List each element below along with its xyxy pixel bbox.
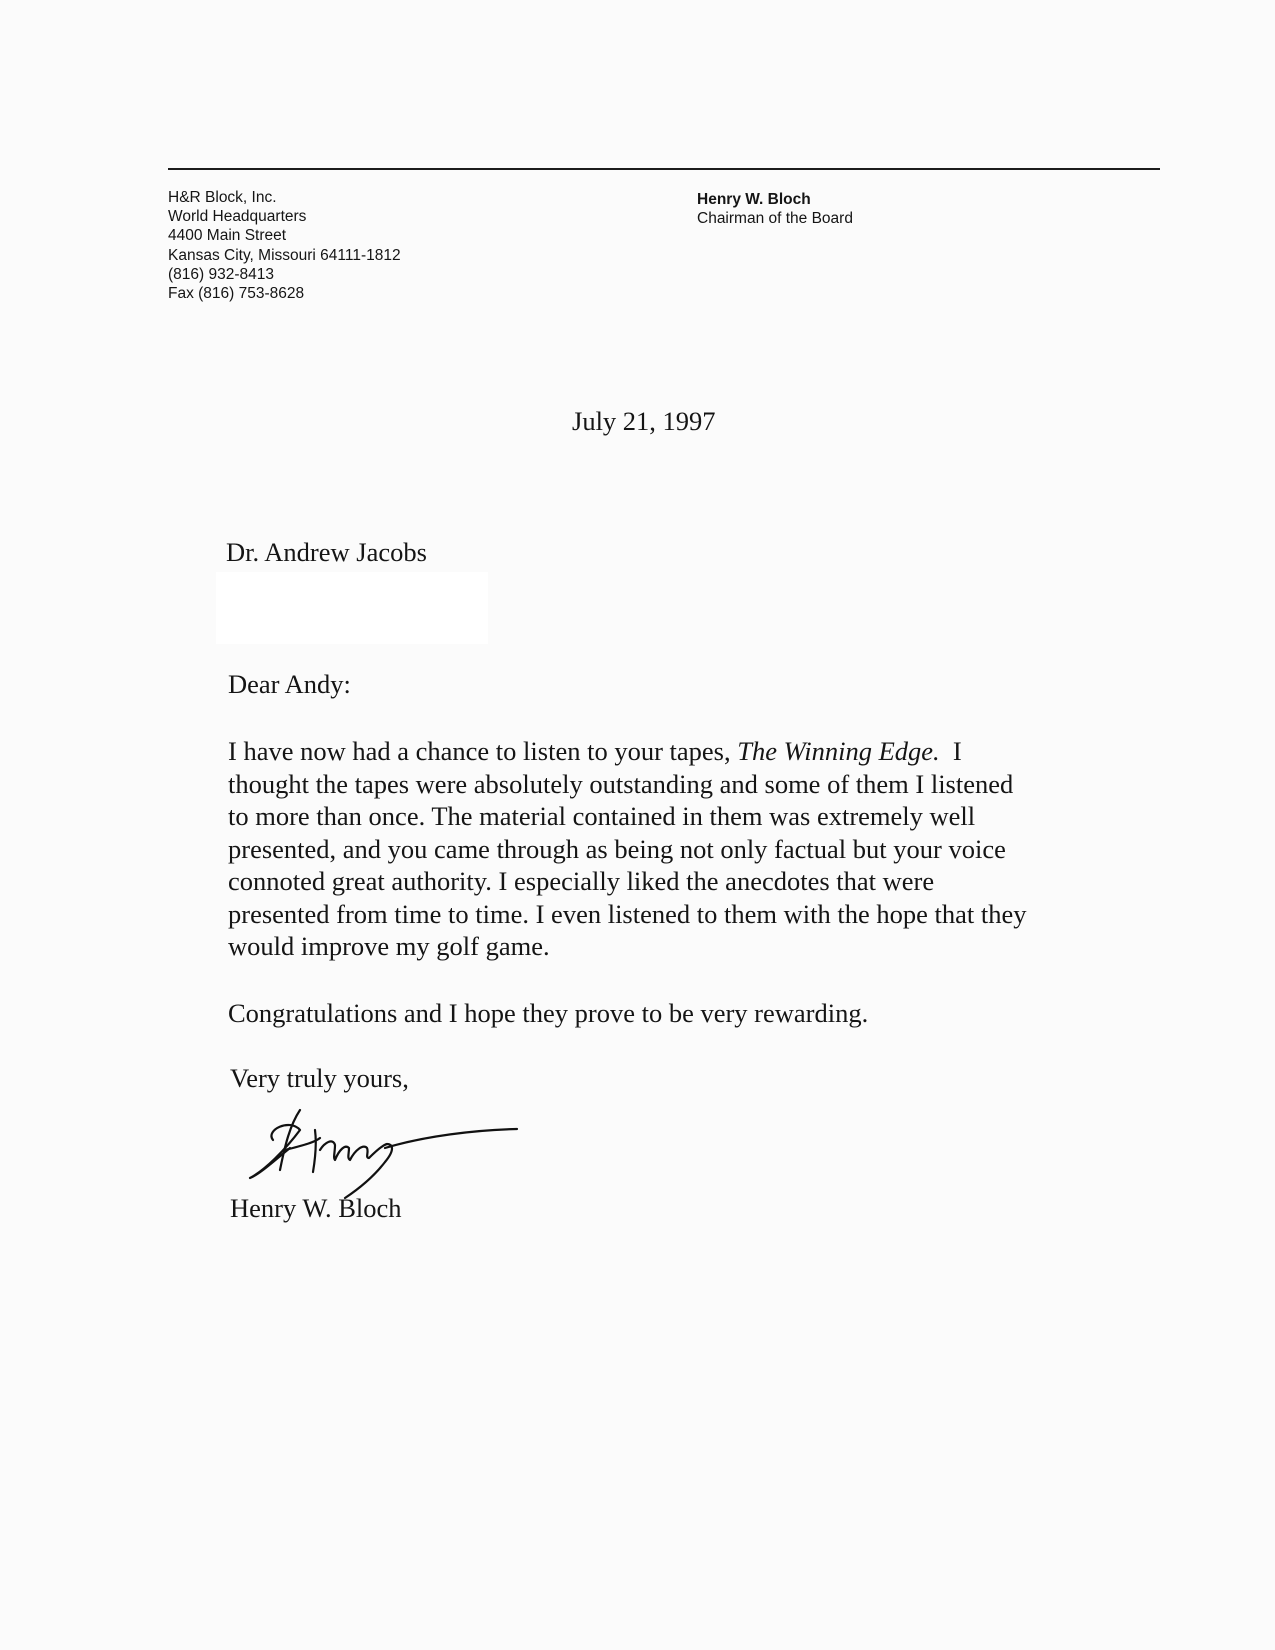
address-line: 4400 Main Street — [168, 226, 401, 245]
body-line: presented from time to time. I even list… — [228, 898, 1108, 931]
letter-body: I have now had a chance to listen to you… — [228, 735, 1108, 963]
salutation: Dear Andy: — [228, 669, 351, 700]
letterhead-rule — [168, 168, 1160, 170]
fax-number: Fax (816) 753-8628 — [168, 284, 401, 303]
address-line: Kansas City, Missouri 64111-1812 — [168, 246, 401, 265]
company-name: H&R Block, Inc. — [168, 188, 401, 207]
body-line: would improve my golf game. — [228, 930, 1108, 963]
address-line: World Headquarters — [168, 207, 401, 226]
redacted-address — [216, 572, 488, 644]
sender-title: Chairman of the Board — [697, 209, 853, 228]
handwritten-signature-icon — [245, 1100, 545, 1200]
tape-title: The Winning Edge. — [737, 736, 939, 766]
closing-paragraph: Congratulations and I hope they prove to… — [228, 998, 868, 1029]
valediction: Very truly yours, — [230, 1063, 409, 1094]
body-line: presented, and you came through as being… — [228, 833, 1108, 866]
body-paragraph: I have now had a chance to listen to you… — [228, 735, 1108, 963]
recipient-name: Dr. Andrew Jacobs — [226, 537, 427, 568]
letter-date: July 21, 1997 — [572, 406, 716, 437]
company-address-block: H&R Block, Inc. World Headquarters 4400 … — [168, 188, 401, 303]
signer-name: Henry W. Bloch — [230, 1193, 402, 1224]
body-line: to more than once. The material containe… — [228, 800, 1108, 833]
body-line: I have now had a chance to listen to you… — [228, 735, 1108, 768]
sender-name: Henry W. Bloch — [697, 190, 853, 209]
body-line: connoted great authority. I especially l… — [228, 865, 1108, 898]
phone-number: (816) 932-8413 — [168, 265, 401, 284]
body-line: thought the tapes were absolutely outsta… — [228, 768, 1108, 801]
sender-block: Henry W. Bloch Chairman of the Board — [697, 190, 853, 228]
